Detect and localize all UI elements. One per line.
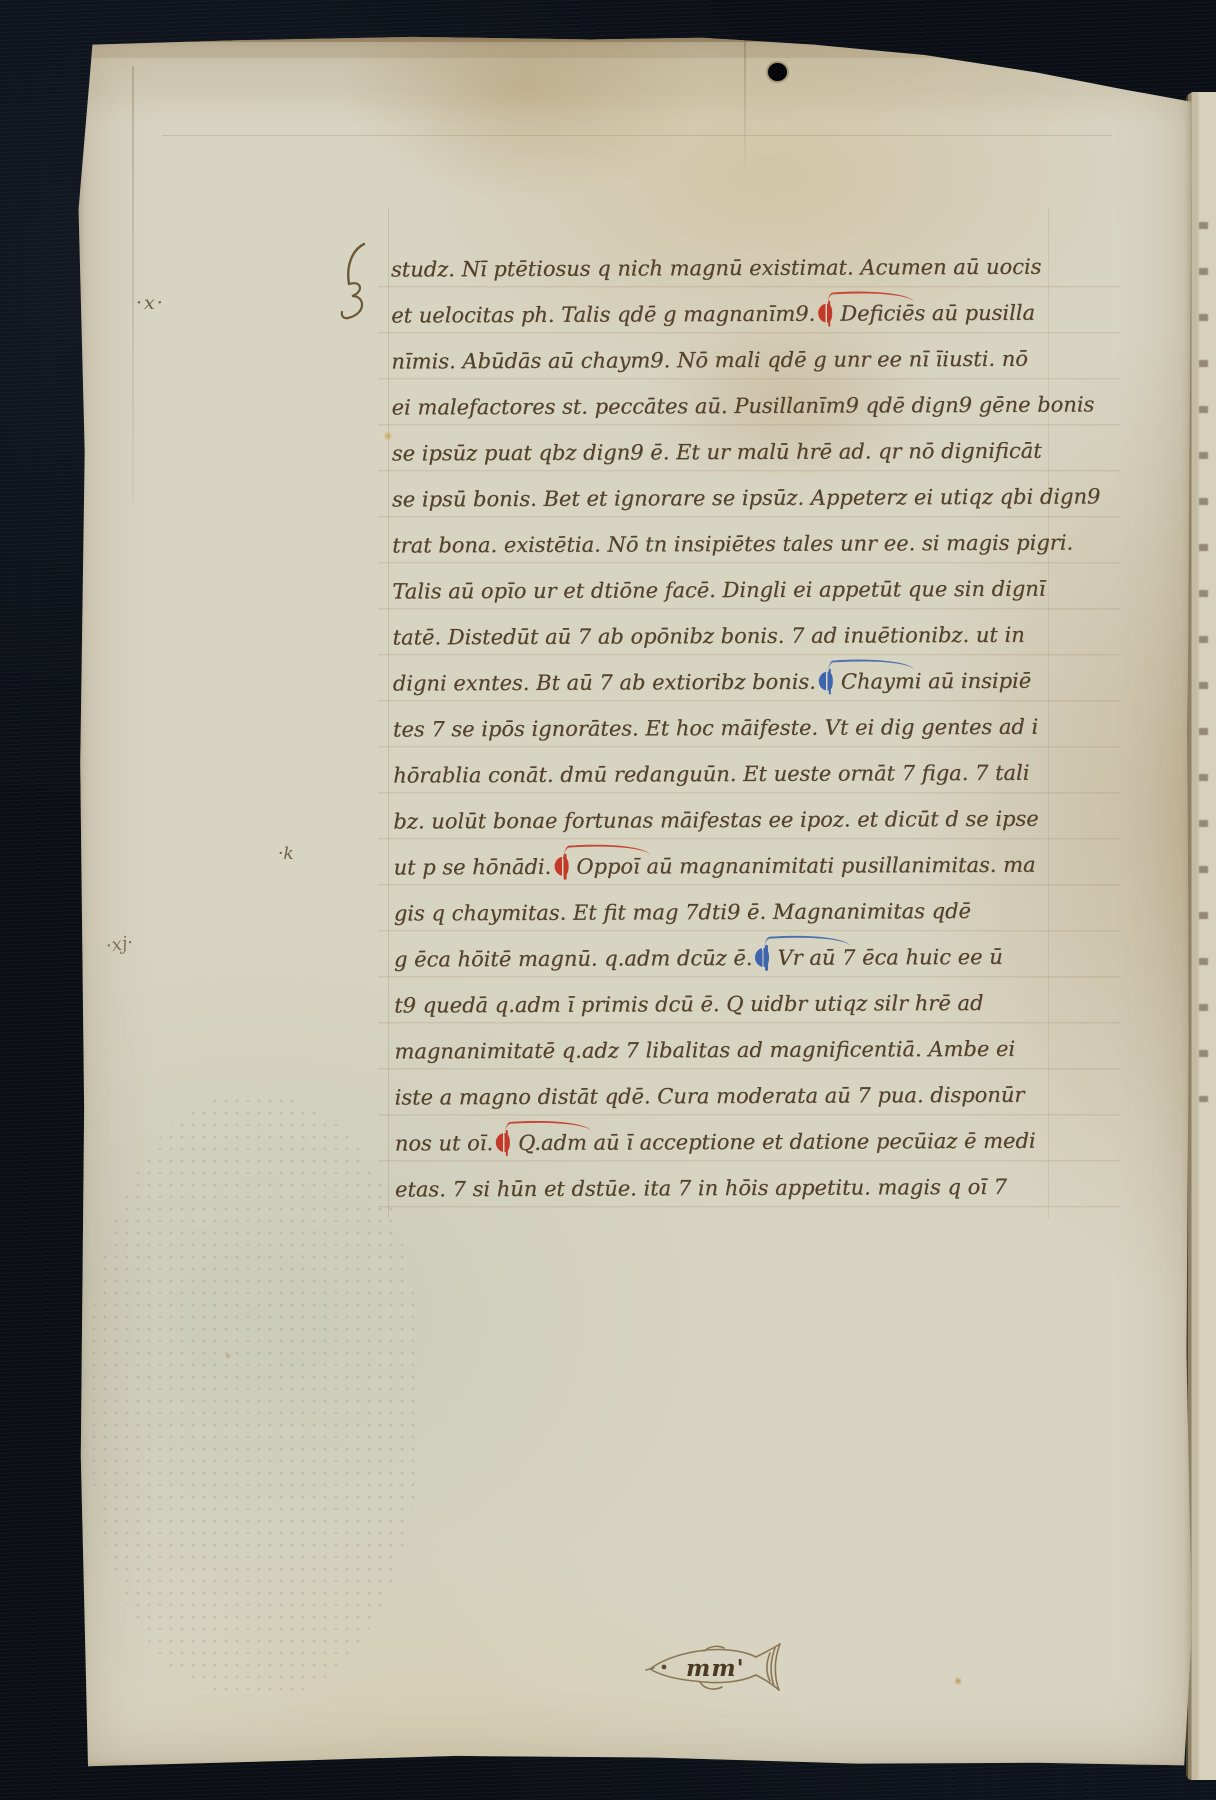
text-segment: et uelocitas ph. Talis qdē g magnanīm9.: [391, 302, 815, 328]
text-segment: iste a magno distāt qdē. Cura moderata a…: [395, 1083, 1025, 1110]
text-segment: nos ut oī.: [395, 1131, 493, 1155]
manuscript-photo: ·x· ·k ·xj· studz. Nī ptētiosus q nich m…: [0, 0, 1216, 1800]
text-line: etas. 7 si hūn et dstūe. ita 7 in hōis a…: [395, 1163, 1095, 1212]
adjacent-page-text-fragments: [1199, 222, 1208, 1102]
text-line: tatē. Distedūt aū 7 ab opōnibz bonis. 7 …: [393, 611, 1093, 660]
paraph-mark-red: [554, 854, 570, 880]
manuscript-page: ·x· ·k ·xj· studz. Nī ptētiosus q nich m…: [78, 36, 1192, 1768]
text-line: magnanimitatē q.adz 7 libalitas ad magni…: [394, 1025, 1094, 1074]
paraph-mark-red: [818, 301, 834, 327]
margin-mark-k: ·k: [278, 844, 294, 864]
text-line: t9 quedā q.adm ī primis dcū ē. Q uidbr u…: [394, 979, 1094, 1028]
text-segment: tes 7 se ipōs ignorātes. Et hoc māifeste…: [393, 715, 1038, 742]
catchword-fish-frame: mm': [644, 1638, 800, 1700]
text-segment: studz. Nī ptētiosus q nich magnū existim…: [391, 255, 1042, 282]
parchment-crease: [132, 66, 134, 506]
text-segment: Talis aū opīo ur et dtiōne facē. Dingli …: [392, 577, 1045, 604]
text-line: trat bona. existētia. Nō tn insipiētes t…: [392, 519, 1092, 568]
margin-mark-x: ·x·: [136, 292, 165, 314]
text-line: digni exntes. Bt aū 7 ab extioribz bonis…: [393, 657, 1093, 706]
text-line: gis q chaymitas. Et fit mag 7dti9 ē. Mag…: [394, 887, 1094, 936]
text-segment: nīmis. Abūdās aū chaym9. Nō mali qdē g u…: [391, 347, 1028, 374]
text-block: studz. Nī ptētiosus q nich magnū existim…: [391, 243, 1095, 1212]
text-line: tes 7 se ipōs ignorātes. Et hoc māifeste…: [393, 703, 1093, 752]
text-segment: magnanimitatē q.adz 7 libalitas ad magni…: [394, 1037, 1015, 1064]
adjacent-folio-edge: [1186, 92, 1216, 1780]
ruling-left-margin-line: [388, 208, 389, 1218]
text-segment: t9 quedā q.adm ī primis dcū ē. Q uidbr u…: [394, 991, 983, 1018]
text-segment: ut p se hōnādi.: [394, 855, 552, 880]
text-line: ei malefactores st. peccātes aū. Pusilla…: [391, 381, 1091, 430]
text-line: et uelocitas ph. Talis qdē g magnanīm9.D…: [391, 289, 1091, 338]
text-segment: g ēca hōitē magnū. q.adm dcūz ē.: [394, 946, 753, 972]
ruling-top-line: [162, 135, 1112, 136]
text-segment: trat bona. existētia. Nō tn insipiētes t…: [392, 531, 1073, 558]
parchment-pore-mottling: [90, 1096, 420, 1696]
text-line: hōrablia conāt. dmū redanguūn. Et ueste …: [393, 749, 1093, 798]
binding-hole: [768, 63, 787, 81]
text-line: studz. Nī ptētiosus q nich magnū existim…: [391, 243, 1091, 292]
pen-flourish-mark: [334, 240, 376, 336]
text-line: ut p se hōnādi.Oppoī aū magnanimitati pu…: [394, 841, 1094, 890]
text-segment: bz. uolūt bonae fortunas māifestas ee ip…: [393, 807, 1038, 834]
text-line: iste a magno distāt qdē. Cura moderata a…: [395, 1071, 1095, 1120]
text-segment: Q.adm aū ī acceptione et datione pecūiaz…: [518, 1129, 1036, 1155]
text-segment: gis q chaymitas. Et fit mag 7dti9 ē. Mag…: [394, 899, 971, 926]
paraph-mark-blue: [755, 945, 771, 971]
text-segment: se ipsū bonis. Bet et ignorare se ipsūz.…: [392, 484, 1100, 511]
text-line: Talis aū opīo ur et dtiōne facē. Dingli …: [392, 565, 1092, 614]
fish-eye: [662, 1665, 667, 1670]
catchword-text: mm': [686, 1655, 745, 1682]
text-segment: digni exntes. Bt aū 7 ab extioribz bonis…: [393, 670, 816, 696]
text-segment: etas. 7 si hūn et dstūe. ita 7 in hōis a…: [395, 1175, 1007, 1202]
margin-mark-xj: ·xj·: [105, 932, 135, 957]
text-segment: ei malefactores st. peccātes aū. Pusilla…: [392, 392, 1095, 419]
text-line: se ipsūz puat qbz dign9 ē. Et ur malū hr…: [392, 427, 1092, 476]
text-line: g ēca hōitē magnū. q.adm dcūz ē.Vr aū 7 …: [394, 933, 1094, 982]
paraph-mark-blue: [819, 669, 835, 695]
text-line: nos ut oī.Q.adm aū ī acceptione et datio…: [395, 1117, 1095, 1166]
text-segment: tatē. Distedūt aū 7 ab opōnibz bonis. 7 …: [393, 623, 1025, 650]
text-segment: se ipsūz puat qbz dign9 ē. Et ur malū hr…: [392, 439, 1042, 466]
text-segment: hōrablia conāt. dmū redanguūn. Et ueste …: [393, 761, 1029, 788]
text-line: bz. uolūt bonae fortunas māifestas ee ip…: [393, 795, 1093, 844]
text-line: se ipsū bonis. Bet et ignorare se ipsūz.…: [392, 473, 1092, 522]
paraph-mark-red: [496, 1130, 512, 1156]
parchment-crease: [744, 40, 746, 180]
text-line: nīmis. Abūdās aū chaym9. Nō mali qdē g u…: [391, 335, 1091, 384]
